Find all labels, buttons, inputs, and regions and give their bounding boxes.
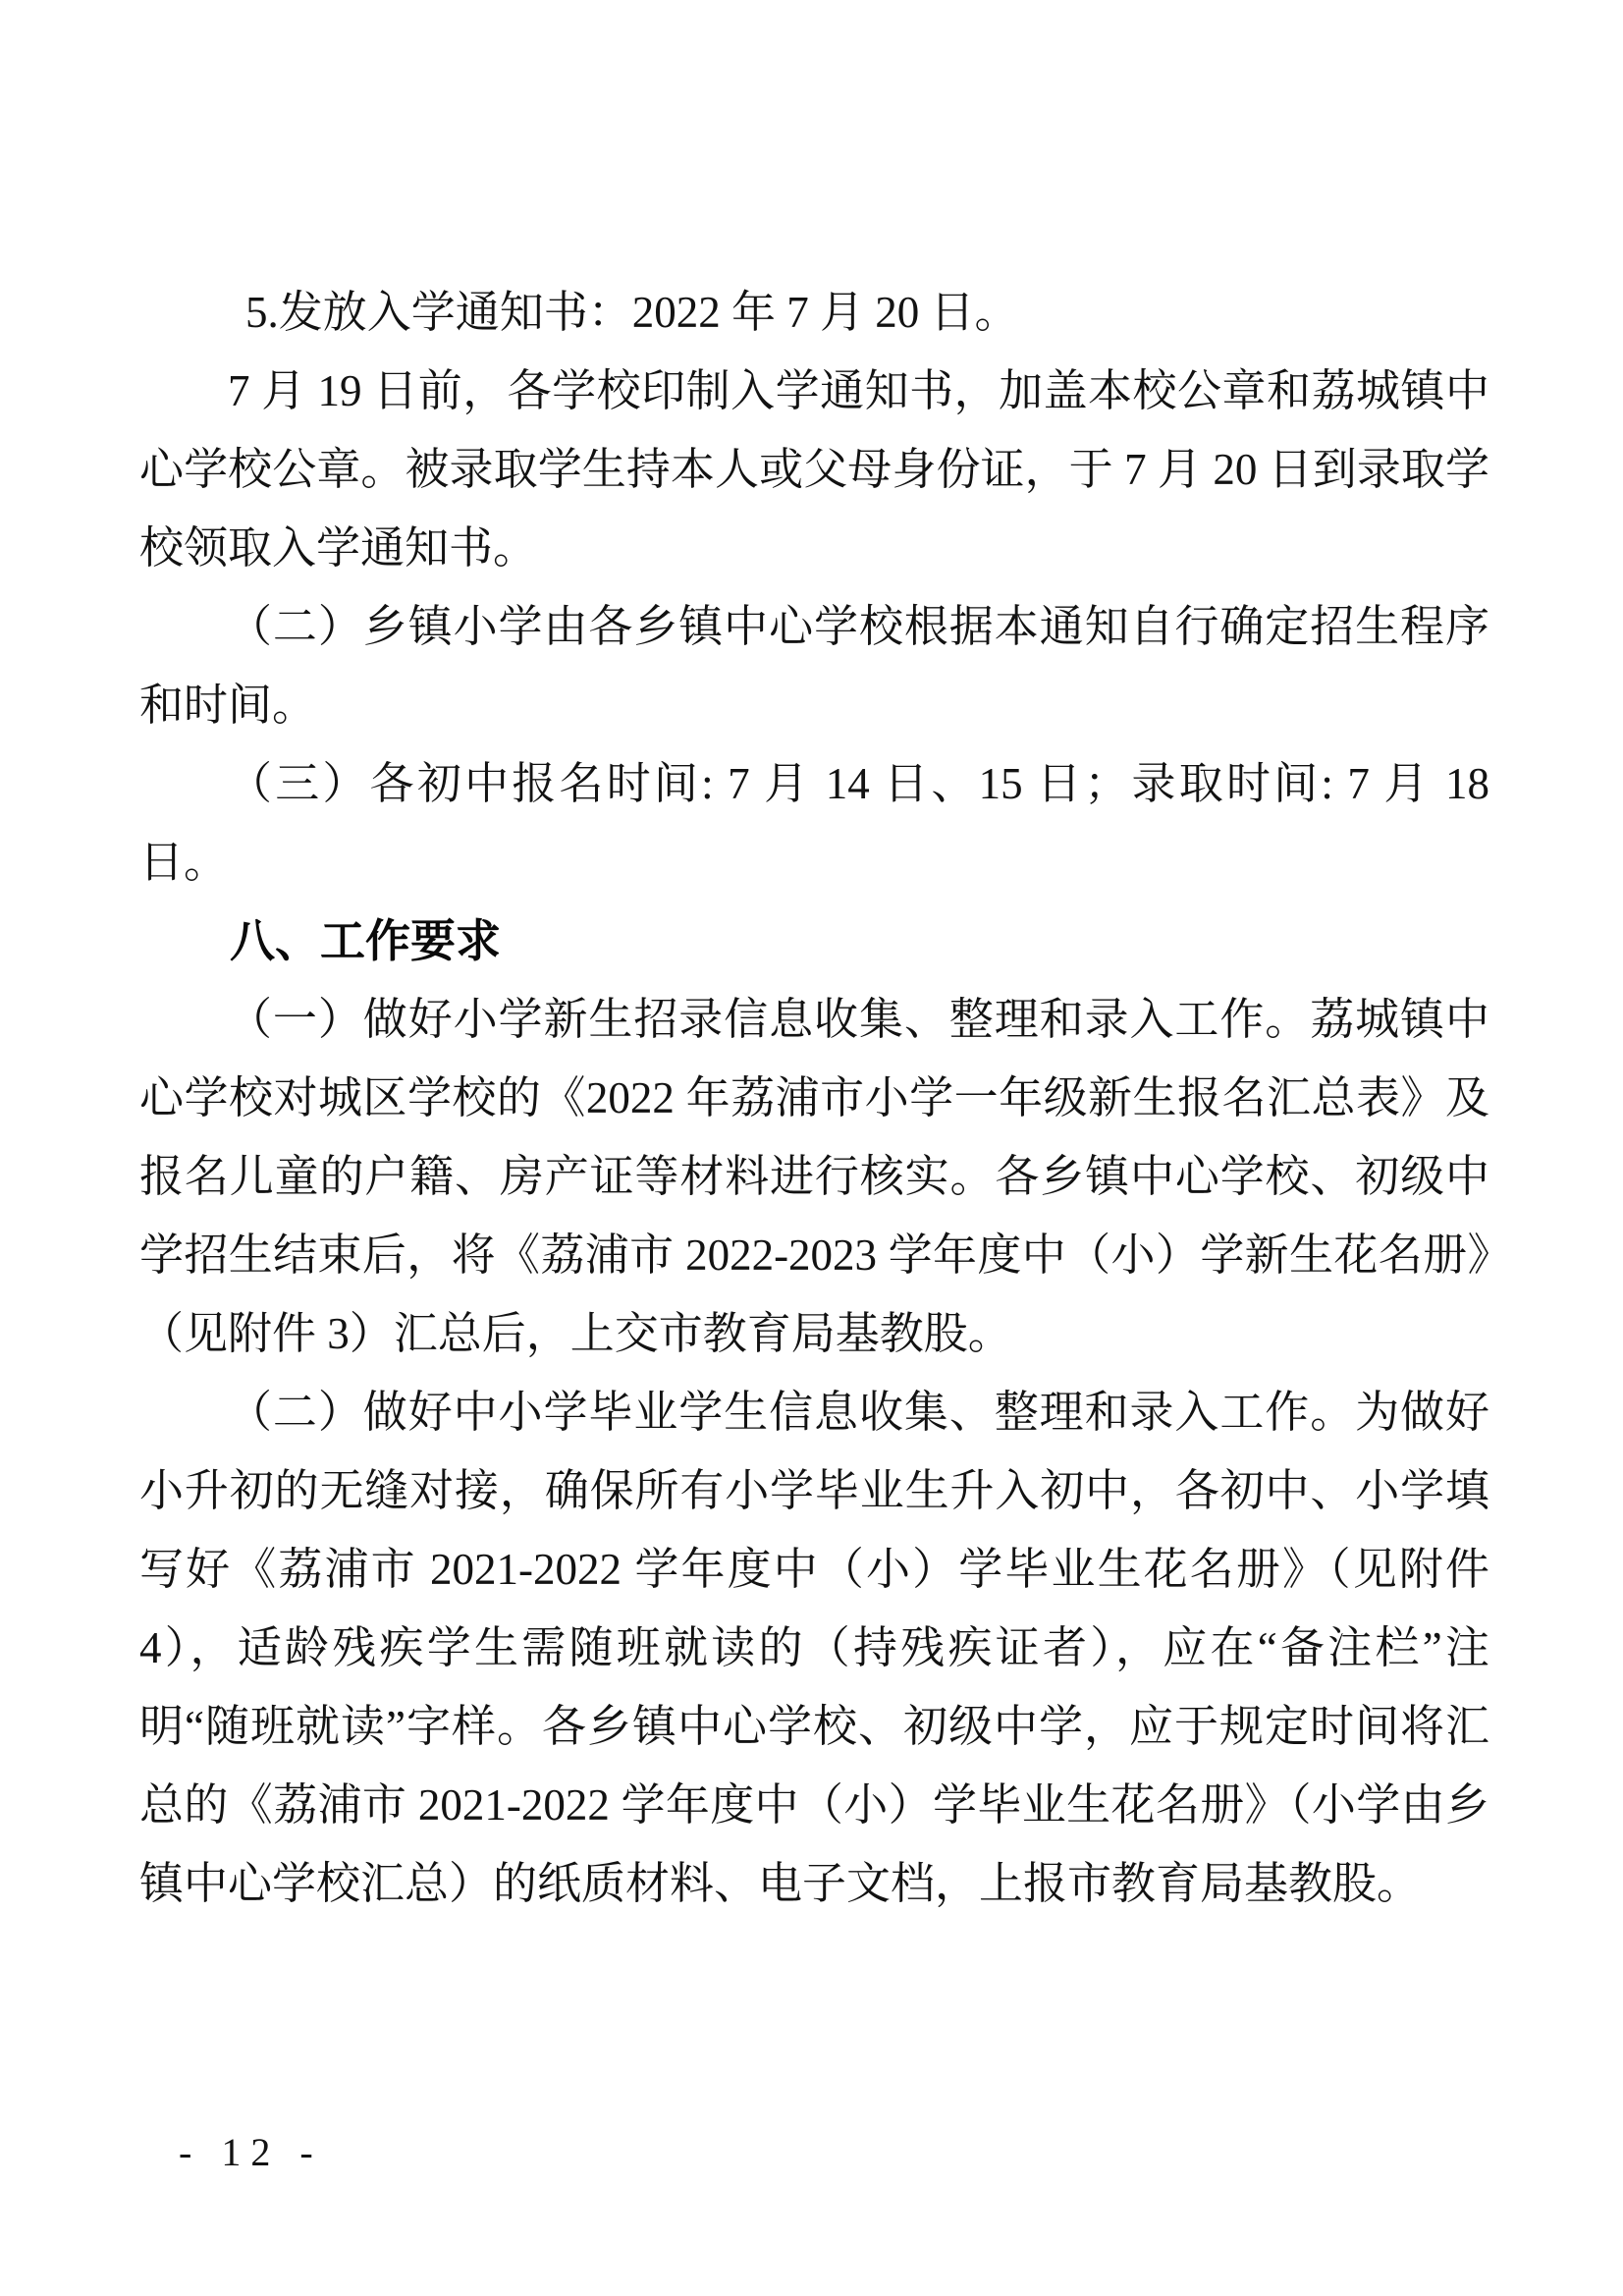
document-page: 5.发放入学通知书：2022 年 7 月 20 日。 7 月 19 日前，各学校… — [0, 0, 1623, 2296]
paragraph-notice-printing: 7 月 19 日前，各学校印制入学通知书，加盖本校公章和荔城镇中心学校公章。被录… — [139, 352, 1489, 587]
paragraph-requirement-two: （二）做好中小学毕业学生信息收集、整理和录入工作。为做好小升初的无缝对接，确保所… — [139, 1373, 1489, 1923]
paragraph-township-primary: （二）乡镇小学由各乡镇中心学校根据本通知自行确定招生程序和时间。 — [139, 587, 1489, 744]
section-heading-work-requirements: 八、工作要求 — [139, 902, 1489, 980]
paragraph-notice-date: 5.发放入学通知书：2022 年 7 月 20 日。 — [139, 273, 1489, 352]
paragraph-requirement-one: （一）做好小学新生招录信息收集、整理和录入工作。荔城镇中心学校对城区学校的《20… — [139, 980, 1489, 1373]
page-number: - 12 - — [179, 2129, 323, 2176]
document-body: 5.发放入学通知书：2022 年 7 月 20 日。 7 月 19 日前，各学校… — [139, 273, 1489, 1923]
paragraph-junior-high-dates: （三）各初中报名时间: 7 月 14 日、15 日；录取时间: 7 月 18 日… — [139, 744, 1489, 902]
